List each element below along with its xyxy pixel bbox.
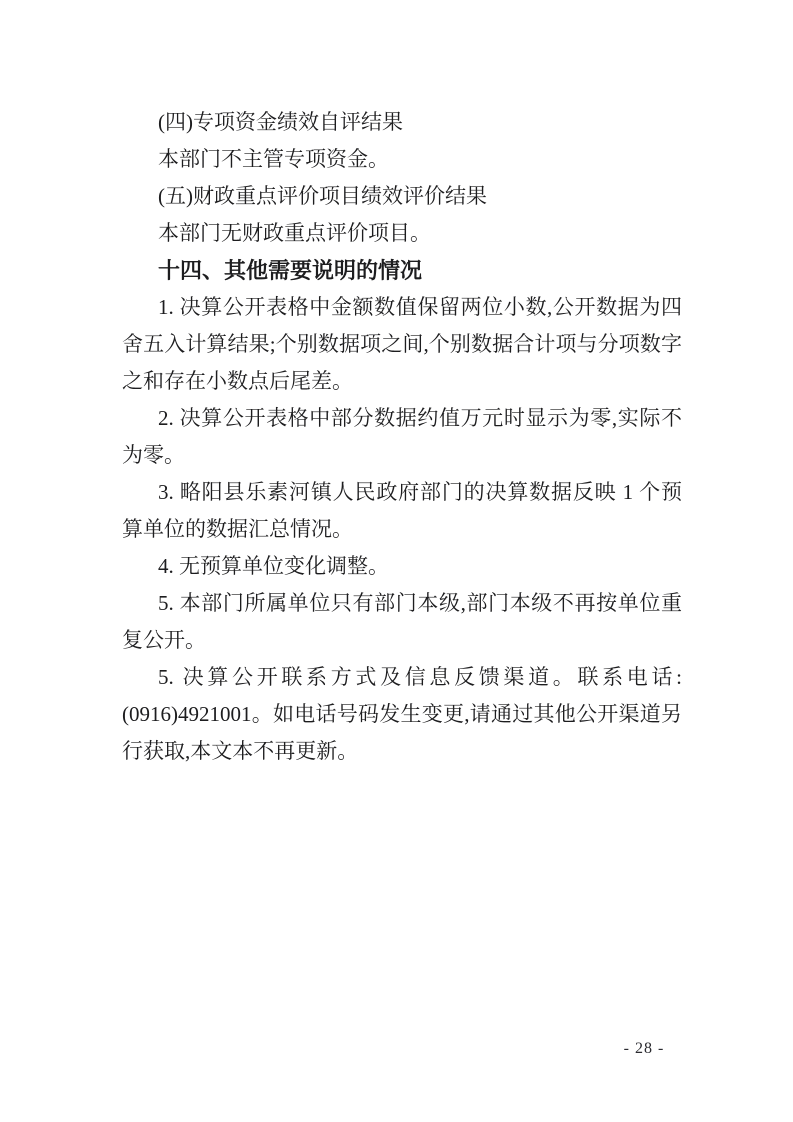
page-footer: - 28 -: [600, 1039, 688, 1058]
subsection-heading-5: (五)财政重点评价项目绩效评价结果: [122, 178, 682, 215]
note-paragraph-4: 4. 无预算单位变化调整。: [122, 548, 682, 585]
subsection-heading-4: (四)专项资金绩效自评结果: [122, 104, 682, 141]
subsection-5-body: 本部门无财政重点评价项目。: [122, 215, 682, 252]
note-paragraph-1: 1. 决算公开表格中金额数值保留两位小数,公开数据为四舍五入计算结果;个别数据项…: [122, 289, 682, 400]
document-page: (四)专项资金绩效自评结果 本部门不主管专项资金。 (五)财政重点评价项目绩效评…: [0, 0, 793, 1122]
note-paragraph-6-contact: 5. 决算公开联系方式及信息反馈渠道。联系电话:(0916)4921001。如电…: [122, 659, 682, 770]
note-paragraph-5: 5. 本部门所属单位只有部门本级,部门本级不再按单位重复公开。: [122, 585, 682, 659]
section-heading-14: 十四、其他需要说明的情况: [122, 252, 682, 289]
note-paragraph-3: 3. 略阳县乐素河镇人民政府部门的决算数据反映 1 个预算单位的数据汇总情况。: [122, 474, 682, 548]
page-number: - 28 -: [624, 1040, 665, 1057]
document-body: (四)专项资金绩效自评结果 本部门不主管专项资金。 (五)财政重点评价项目绩效评…: [122, 104, 682, 770]
subsection-4-body: 本部门不主管专项资金。: [122, 141, 682, 178]
note-paragraph-2: 2. 决算公开表格中部分数据约值万元时显示为零,实际不为零。: [122, 400, 682, 474]
